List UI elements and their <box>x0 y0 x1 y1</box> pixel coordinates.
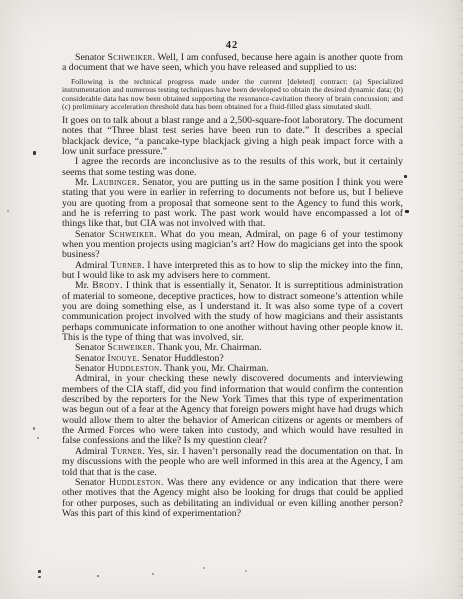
transcript-text: Senator Schweiker. Well, I am confused, … <box>62 53 403 519</box>
speaker-prefix: Senator <box>75 52 108 63</box>
scan-speck <box>38 570 41 573</box>
speaker-prefix: Senator <box>75 363 107 374</box>
scan-speck <box>33 151 36 155</box>
speaker-name: Schweiker <box>109 229 154 240</box>
speaker-prefix: Admiral <box>75 446 111 457</box>
scan-speck <box>37 437 39 439</box>
speaker-name: Schweiker <box>108 52 153 63</box>
scan-speck <box>33 427 35 430</box>
transcript-paragraph: Senator Huddleston. Was there any eviden… <box>62 478 403 519</box>
transcript-paragraph: Senator Schweiker. Well, I am confused, … <box>62 53 403 74</box>
speaker-prefix: Mr. <box>75 177 92 188</box>
speaker-prefix: Senator <box>75 477 109 488</box>
transcript-paragraph: Admiral Turner. I have interpreted this … <box>62 261 403 282</box>
speaker-name: Laubinger <box>92 177 137 188</box>
scan-speck <box>38 576 41 578</box>
transcript-paragraph: It goes on to talk about a blast range a… <box>62 116 403 157</box>
transcript-paragraph: Admiral Turner. Yes, sir. I haven’t pers… <box>62 447 403 478</box>
scan-speck <box>152 573 154 575</box>
speaker-name: Turner <box>111 446 143 457</box>
scan-speck <box>405 210 409 213</box>
speaker-name: Huddleston <box>107 363 159 374</box>
speaker-prefix: Senator <box>75 342 107 353</box>
speaker-prefix: Admiral <box>75 260 110 271</box>
transcript-paragraph: Admiral, in your checking these newly di… <box>62 374 403 446</box>
speaker-name: Brody <box>92 280 120 291</box>
transcript-paragraph: Mr. Brody. I think that is essentially i… <box>62 281 403 343</box>
speaker-prefix: Senator <box>75 353 107 364</box>
speaker-prefix: Senator <box>75 229 109 240</box>
speaker-name: Huddleston <box>109 477 161 488</box>
speaker-name: Turner <box>110 260 142 271</box>
transcript-paragraph: Senator Schweiker. What do you mean, Adm… <box>62 230 403 261</box>
speaker-prefix: Mr. <box>75 280 92 291</box>
page-number: 42 <box>62 40 402 51</box>
scanned-page: 42 Senator Schweiker. Well, I am confuse… <box>0 0 463 599</box>
scan-speck <box>203 567 205 569</box>
scan-speck <box>245 570 247 572</box>
speaker-name: Schweiker <box>107 342 152 353</box>
transcript-paragraph: I agree the records are inconclusive as … <box>62 157 403 178</box>
document-extract: Following is the technical progress made… <box>62 78 403 111</box>
scan-speck <box>7 210 9 212</box>
scan-speck <box>97 575 99 577</box>
speaker-name: Inouye <box>107 353 137 364</box>
scan-speck <box>404 175 407 178</box>
transcript-paragraph: Mr. Laubinger. Senator, you are putting … <box>62 178 403 230</box>
